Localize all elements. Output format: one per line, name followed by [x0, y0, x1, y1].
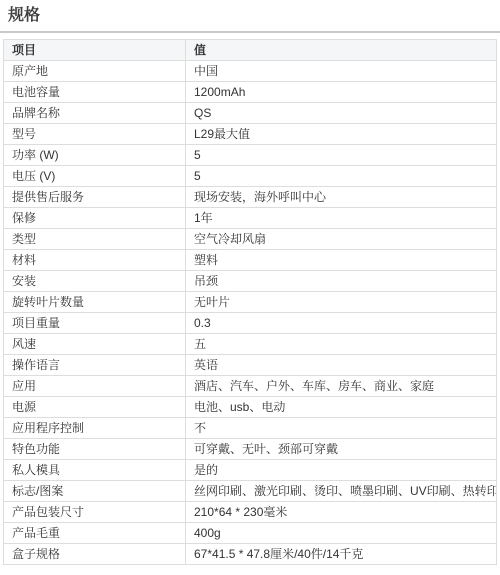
value-cell: 塑料 — [186, 250, 497, 271]
value-cell: 现场安装，海外呼叫中心 — [186, 187, 497, 208]
value-cell: 丝网印刷、激光印刷、烫印、喷墨印刷、UV印刷、热转印、3D印刷 — [186, 481, 497, 502]
spec-table-body: 原产地中国电池容量1200mAh品牌名称QS型号L29最大值功率 (W)5电压 … — [4, 61, 497, 565]
value-cell: 5 — [186, 145, 497, 166]
header-item-cell: 项目 — [4, 40, 186, 61]
value-cell: 吊颈 — [186, 271, 497, 292]
table-row: 电池容量1200mAh — [4, 82, 497, 103]
value-cell: 1200mAh — [186, 82, 497, 103]
item-cell: 应用程序控制 — [4, 418, 186, 439]
table-row: 安装吊颈 — [4, 271, 497, 292]
value-cell: 酒店、汽车、户外、车库、房车、商业、家庭 — [186, 376, 497, 397]
item-cell: 品牌名称 — [4, 103, 186, 124]
table-row: 应用程序控制不 — [4, 418, 497, 439]
table-row: 旋转叶片数量无叶片 — [4, 292, 497, 313]
item-cell: 保修 — [4, 208, 186, 229]
value-cell: 无叶片 — [186, 292, 497, 313]
item-cell: 盒子规格 — [4, 544, 186, 565]
header-value-cell: 值 — [186, 40, 497, 61]
value-cell: L29最大值 — [186, 124, 497, 145]
item-cell: 材料 — [4, 250, 186, 271]
table-row: 项目重量0.3 — [4, 313, 497, 334]
item-cell: 特色功能 — [4, 439, 186, 460]
table-row: 产品包装尺寸210*64 * 230毫米 — [4, 502, 497, 523]
table-row: 提供售后服务现场安装，海外呼叫中心 — [4, 187, 497, 208]
item-cell: 风速 — [4, 334, 186, 355]
item-cell: 标志/图案 — [4, 481, 186, 502]
spec-table: 项目 值 原产地中国电池容量1200mAh品牌名称QS型号L29最大值功率 (W… — [3, 39, 497, 565]
spec-page: 规格 项目 值 原产地中国电池容量1200mAh品牌名称QS型号L29最大值功率… — [0, 0, 500, 575]
value-cell: 电池、usb、电动 — [186, 397, 497, 418]
value-cell: 空气冷却风扇 — [186, 229, 497, 250]
value-cell: 67*41.5 * 47.8厘米/40件/14千克 — [186, 544, 497, 565]
table-row: 特色功能可穿戴、无叶、颈部可穿戴 — [4, 439, 497, 460]
value-cell: 不 — [186, 418, 497, 439]
value-cell: 1年 — [186, 208, 497, 229]
table-row: 操作语言英语 — [4, 355, 497, 376]
value-cell: 0.3 — [186, 313, 497, 334]
table-row: 电源电池、usb、电动 — [4, 397, 497, 418]
value-cell: 可穿戴、无叶、颈部可穿戴 — [186, 439, 497, 460]
value-cell: 中国 — [186, 61, 497, 82]
table-row: 保修1年 — [4, 208, 497, 229]
item-cell: 产品毛重 — [4, 523, 186, 544]
item-cell: 功率 (W) — [4, 145, 186, 166]
page-title: 规格 — [0, 0, 500, 26]
item-cell: 私人模具 — [4, 460, 186, 481]
item-cell: 产品包装尺寸 — [4, 502, 186, 523]
item-cell: 电源 — [4, 397, 186, 418]
table-row: 风速五 — [4, 334, 497, 355]
value-cell: 五 — [186, 334, 497, 355]
item-cell: 类型 — [4, 229, 186, 250]
item-cell: 应用 — [4, 376, 186, 397]
item-cell: 操作语言 — [4, 355, 186, 376]
table-row: 电压 (V)5 — [4, 166, 497, 187]
table-row: 类型空气冷却风扇 — [4, 229, 497, 250]
table-row: 应用酒店、汽车、户外、车库、房车、商业、家庭 — [4, 376, 497, 397]
item-cell: 安装 — [4, 271, 186, 292]
value-cell: 5 — [186, 166, 497, 187]
value-cell: 210*64 * 230毫米 — [186, 502, 497, 523]
title-divider — [0, 31, 500, 33]
table-row: 型号L29最大值 — [4, 124, 497, 145]
table-row: 原产地中国 — [4, 61, 497, 82]
table-row: 品牌名称QS — [4, 103, 497, 124]
item-cell: 电压 (V) — [4, 166, 186, 187]
item-cell: 电池容量 — [4, 82, 186, 103]
item-cell: 提供售后服务 — [4, 187, 186, 208]
value-cell: 400g — [186, 523, 497, 544]
table-row: 盒子规格67*41.5 * 47.8厘米/40件/14千克 — [4, 544, 497, 565]
table-row: 材料塑料 — [4, 250, 497, 271]
table-row: 产品毛重400g — [4, 523, 497, 544]
value-cell: QS — [186, 103, 497, 124]
item-cell: 原产地 — [4, 61, 186, 82]
table-header-row: 项目 值 — [4, 40, 497, 61]
table-row: 私人模具是的 — [4, 460, 497, 481]
value-cell: 英语 — [186, 355, 497, 376]
item-cell: 旋转叶片数量 — [4, 292, 186, 313]
value-cell: 是的 — [186, 460, 497, 481]
item-cell: 型号 — [4, 124, 186, 145]
table-row: 功率 (W)5 — [4, 145, 497, 166]
table-row: 标志/图案丝网印刷、激光印刷、烫印、喷墨印刷、UV印刷、热转印、3D印刷 — [4, 481, 497, 502]
item-cell: 项目重量 — [4, 313, 186, 334]
